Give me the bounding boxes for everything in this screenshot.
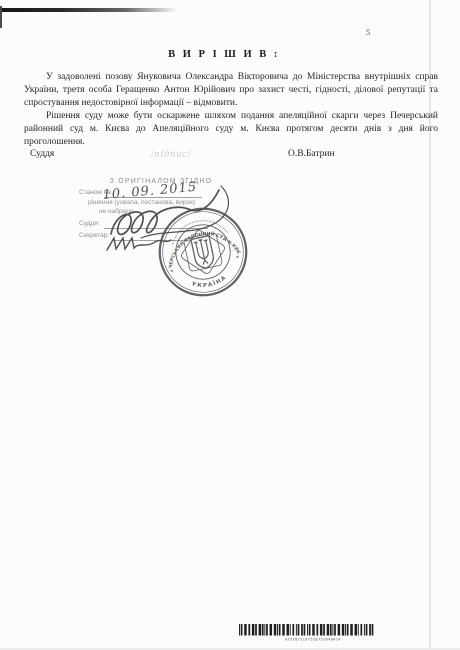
paragraph-appeal: Рішення суду може бути оскаржене шляхом … — [24, 110, 438, 149]
stamp-title: З ОРИГІНАЛОМ ЗГІДНО — [95, 178, 227, 185]
stamp-judge-label: Суддя: — [79, 220, 100, 227]
scan-edge-left — [0, 6, 2, 28]
page-number: 5 — [366, 28, 370, 37]
judge-name: О.В.Батрин — [288, 149, 335, 159]
court-seal: ПЕЧЕРСЬКИЙ РАЙОННИЙ СУД м.КИЄВА УКРАЇНА … — [148, 197, 257, 306]
barcode-bars — [239, 624, 373, 636]
decision-heading: В И Р І Ш И В : — [24, 49, 424, 60]
seal-star-right: * — [236, 255, 240, 261]
stamp-date-line — [104, 197, 202, 198]
seal-star-left: * — [170, 269, 174, 275]
stamp-not-entered-line: не набрало — [99, 208, 134, 215]
signature-row: Суддя /підпис/ О.В.Батрин — [0, 149, 460, 163]
stamp-decision-line: рішення (ухвала, постанова, вирок) — [88, 199, 195, 206]
barcode-digits: 0757872197520752640414 — [285, 637, 341, 641]
paragraph-ruling: У задоволені позову Януковича Олександра… — [24, 71, 438, 110]
stamp-secretary-label: Секретар: — [79, 232, 109, 239]
barcode: 0757872197520752640414 — [239, 624, 387, 642]
decision-body: У задоволені позову Януковича Олександра… — [24, 71, 438, 149]
signature-placeholder-watermark: /підпис/ — [136, 149, 206, 160]
scanned-court-document-page: 5 В И Р І Ш И В : У задоволені позову Ян… — [0, 0, 460, 650]
judge-role-label: Суддя — [30, 149, 54, 159]
stamp-asof-label: Станом на — [79, 189, 111, 196]
scan-artifact-line — [0, 8, 178, 12]
